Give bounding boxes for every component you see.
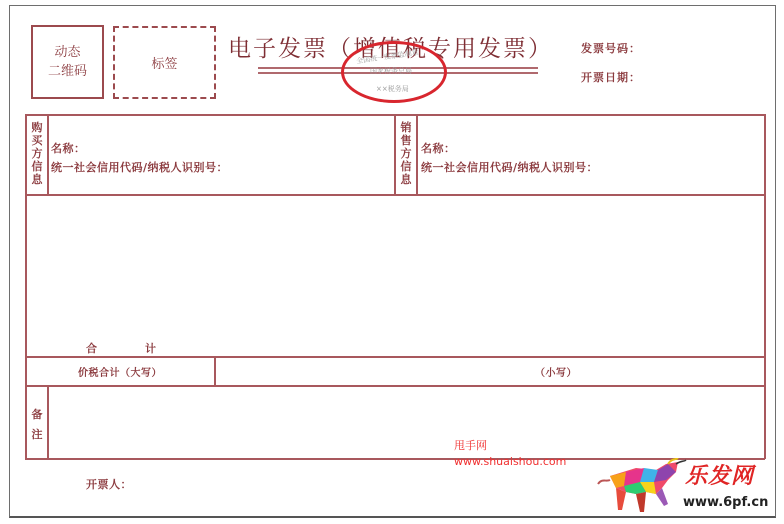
stamp-bottom-text: ××税务局: [376, 84, 409, 94]
seller-label-char: 方: [395, 147, 417, 160]
totals-row-bottom: [25, 385, 765, 387]
remarks-label-char: 注: [26, 425, 48, 445]
qr-label-line2: 二维码: [48, 62, 87, 81]
seller-label-char: 息: [395, 173, 417, 186]
seller-label-char: 售: [395, 134, 417, 147]
issuer-label: 开票人：: [86, 476, 132, 492]
table-border-right: [764, 114, 766, 459]
remarks-label-char: 备: [26, 405, 48, 425]
buyer-name-label: 名称：: [51, 140, 86, 156]
watermark-site-url: www.shuaishou.com: [454, 455, 566, 468]
totals-divider: [214, 356, 216, 386]
buyer-label-char: 购: [26, 121, 48, 134]
amount-in-figures-label: （小写）: [535, 364, 577, 379]
stamp-mid-text: 国家税务总局: [370, 66, 412, 76]
remarks-section-label: 备 注: [26, 405, 48, 445]
tax-supervision-stamp: 全国统一发票监制章 国家税务总局 ××税务局: [341, 41, 447, 103]
issue-date-label: 开票日期：: [581, 69, 641, 85]
buyer-section-label: 购 买 方 信 息: [26, 121, 48, 186]
dynamic-qr-code-placeholder: 动态 二维码: [31, 25, 104, 99]
amount-in-words-label: 价税合计（大写）: [78, 364, 162, 379]
buyer-label-char: 买: [26, 134, 48, 147]
total-label-char1: 合: [86, 340, 98, 356]
seller-name-label: 名称：: [421, 140, 456, 156]
qr-label-line1: 动态: [54, 43, 80, 62]
buyer-label-char: 信: [26, 160, 48, 173]
seller-label-char: 信: [395, 160, 417, 173]
logo-url: www.6pf.cn: [683, 495, 768, 510]
seller-section-label: 销 售 方 信 息: [395, 121, 417, 186]
invoice-number-label: 发票号码：: [581, 40, 641, 56]
buyer-tax-id-label: 统一社会信用代码/纳税人识别号：: [51, 159, 228, 175]
bull-logo-icon: [596, 458, 691, 520]
seller-tax-id-label: 统一社会信用代码/纳税人识别号：: [421, 159, 598, 175]
buyer-label-char: 方: [26, 147, 48, 160]
buyer-label-char: 息: [26, 173, 48, 186]
total-label-char2: 计: [145, 340, 157, 356]
logo-name: 乐发网: [685, 459, 754, 490]
tag-label: 标签: [151, 53, 177, 72]
totals-row-top: [25, 356, 765, 358]
tag-placeholder: 标签: [113, 26, 216, 99]
seller-label-char: 销: [395, 121, 417, 134]
stamp-top-text: 全国统一发票监制章: [356, 48, 420, 67]
watermark-site-name: 甩手网: [454, 437, 487, 453]
